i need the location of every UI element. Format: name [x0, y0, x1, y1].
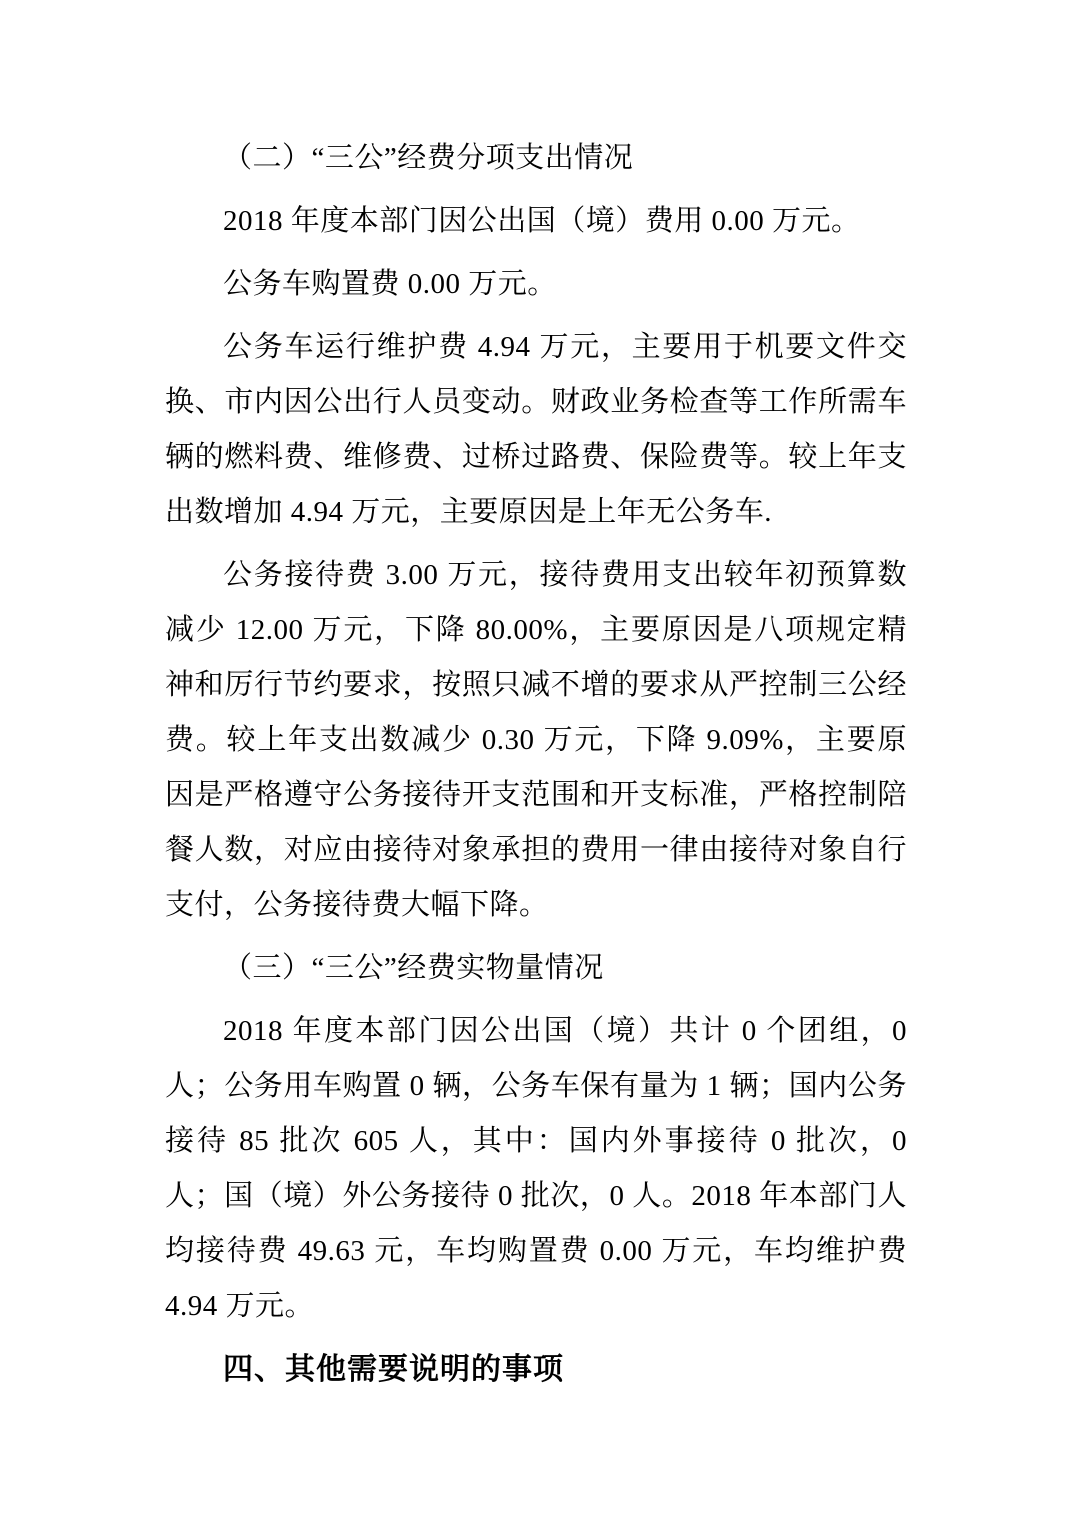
paragraph-abroad-expense: 2018 年度本部门因公出国（境）费用 0.00 万元。 — [165, 194, 907, 249]
section-heading-other-matters: 四、其他需要说明的事项 — [165, 1342, 907, 1397]
section-heading-three-public-physical-quantity: （三）“三公”经费实物量情况 — [165, 941, 907, 996]
section-heading-three-public-itemized: （二）“三公”经费分项支出情况 — [165, 131, 907, 186]
document-content: （二）“三公”经费分项支出情况 2018 年度本部门因公出国（境）费用 0.00… — [165, 131, 907, 1405]
paragraph-vehicle-purchase-expense: 公务车购置费 0.00 万元。 — [165, 257, 907, 312]
paragraph-vehicle-maintenance-expense: 公务车运行维护费 4.94 万元，主要用于机要文件交换、市内因公出行人员变动。财… — [165, 320, 907, 540]
paragraph-official-reception-expense: 公务接待费 3.00 万元，接待费用支出较年初预算数减少 12.00 万元，下降… — [165, 548, 907, 933]
paragraph-physical-quantity-detail: 2018 年度本部门因公出国（境）共计 0 个团组，0 人；公务用车购置 0 辆… — [165, 1004, 907, 1334]
document-page: （二）“三公”经费分项支出情况 2018 年度本部门因公出国（境）费用 0.00… — [0, 0, 1075, 1520]
